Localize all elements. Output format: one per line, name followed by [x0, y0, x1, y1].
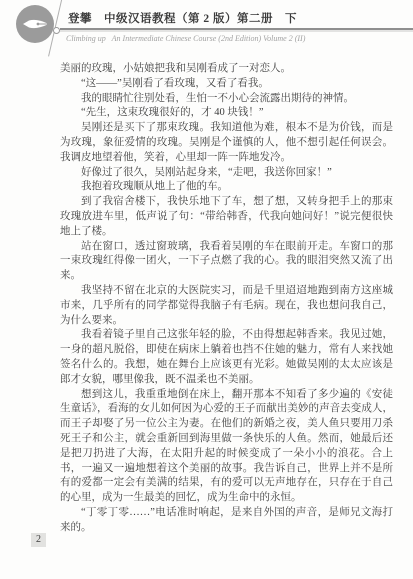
book-title: 登攀 中级汉语教程（第 2 版）第二册 下 — [68, 10, 297, 26]
paragraph: 我抱着玫瑰顺从地上了他的车。 — [60, 180, 393, 195]
paragraph: 站在窗口，透过窗玻璃，我看着吴刚的车在眼前开走。车窗口的那一束玫瑰红得像一团火，… — [60, 240, 393, 284]
body-text: 美丽的玫瑰，小姑娘把我和吴刚看成了一对恋人。“这——”吴刚看了看玫瑰，又看了看我… — [60, 62, 393, 536]
pen-nib-icon — [16, 5, 54, 43]
paragraph: 到了我宿舍楼下，我快乐地下了车，想了想，又转身把手上的那束玫瑰放进车里，低声说了… — [60, 195, 393, 239]
book-subtitle: Climbing up An Intermediate Chinese Cour… — [66, 34, 305, 43]
page-number: 2 — [31, 533, 46, 547]
paragraph: 我看着镜子里自己这张年轻的脸，不由得想起韩香来。我见过她，一身的超凡脱俗，即使在… — [60, 328, 393, 387]
header-rule — [60, 28, 413, 30]
paragraph: 好像过了很久，吴刚站起身来，“走吧，我送你回家！” — [60, 166, 393, 181]
paragraph: 我的眼睛忙往别处看，生怕一不小心会流露出期待的神情。 — [60, 92, 393, 107]
paragraph: “先生，这束玫瑰很好的，才 40 块钱！” — [60, 106, 393, 121]
paragraph: 美丽的玫瑰，小姑娘把我和吴刚看成了一对恋人。 — [60, 62, 393, 77]
paragraph: “这——”吴刚看了看玫瑰，又看了看我。 — [60, 77, 393, 92]
paragraph: “丁零丁零……”电话准时响起，是来自外国的声音，是师兄文海打来的。 — [60, 506, 393, 536]
decorative-dot — [53, 27, 60, 34]
paragraph: 吴刚还是买下了那束玫瑰。我知道他为难，根本不是为价钱，而是为玫瑰，象征爱情的玫瑰… — [60, 121, 393, 165]
paragraph: 我坚持不留在北京的大医院实习，而是千里迢迢地跑到南方这座城市来，几乎所有的同学都… — [60, 284, 393, 328]
textbook-page: 登攀 中级汉语教程（第 2 版）第二册 下 Climbing up An Int… — [0, 0, 413, 579]
paragraph: 想到这儿，我重重地倒在床上，翻开那本不知看了多少遍的《安徒生童话》，看海的女儿如… — [60, 388, 393, 506]
